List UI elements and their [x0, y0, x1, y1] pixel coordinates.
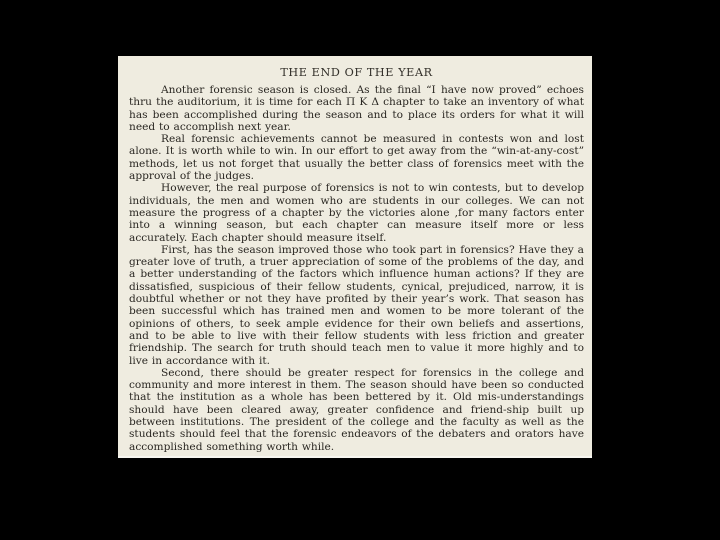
paragraph-second: Second, there should be greater respect … — [129, 367, 584, 453]
paragraph-achievements: Real forensic achievements cannot be mea… — [129, 133, 584, 182]
scanned-page: THE END OF THE YEAR Another forensic sea… — [118, 56, 592, 458]
paragraph-purpose: However, the real purpose of forensics i… — [129, 182, 584, 243]
article-title: THE END OF THE YEAR — [129, 66, 584, 79]
paragraph-intro: Another forensic season is closed. As th… — [129, 84, 584, 133]
paragraph-first: First, has the season improved those who… — [129, 244, 584, 367]
